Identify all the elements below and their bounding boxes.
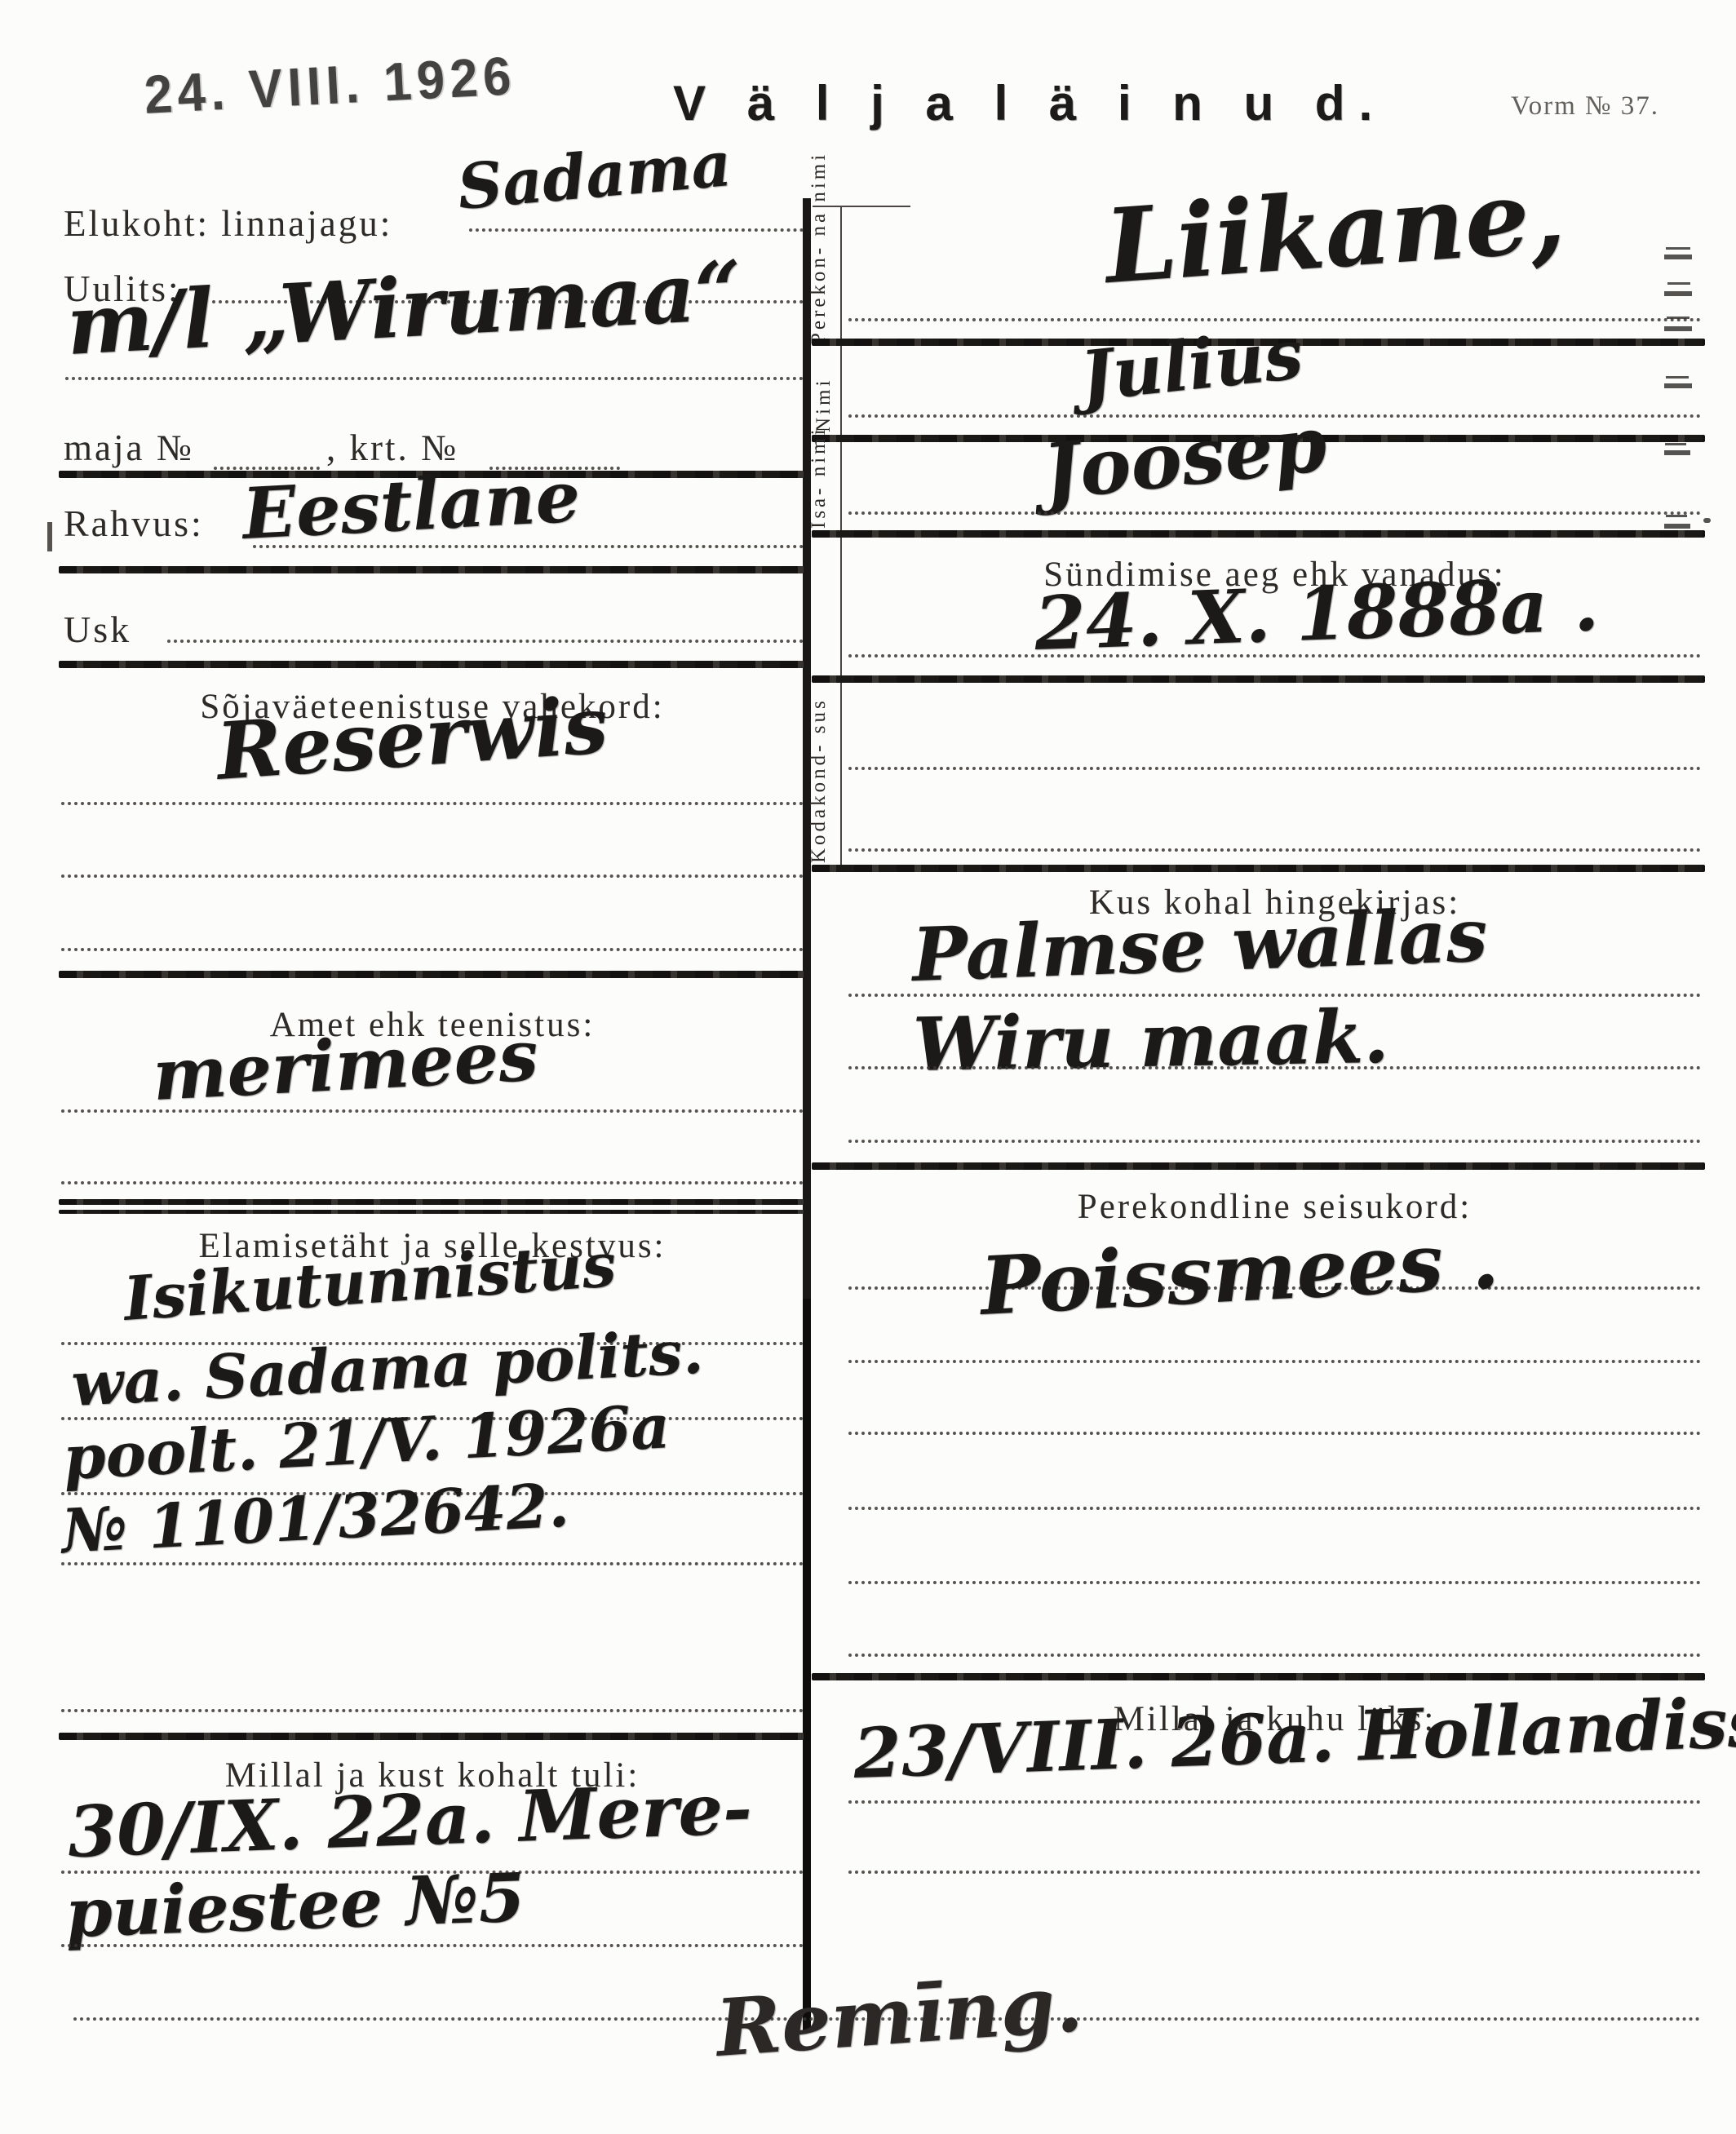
dotted-line [61, 1562, 804, 1565]
section-rule [59, 1210, 804, 1214]
surname-label-line: na nimi [808, 152, 830, 237]
departure-value: 23/VIII. 26a. Hollandisse. [852, 1679, 1736, 1794]
dotted-line [61, 802, 804, 805]
dotted-line [253, 545, 804, 548]
section-rule [59, 1733, 804, 1740]
religion-label: Usk [64, 608, 131, 651]
section-rule [812, 1673, 1705, 1680]
scan-artifact [1666, 247, 1690, 250]
scan-artifact [47, 522, 52, 551]
dotted-line [848, 1432, 1701, 1435]
scan-artifact [1667, 317, 1689, 319]
section-rule [812, 675, 1705, 683]
residence-label: Elukoht: linnajagu: [64, 202, 392, 245]
nationality-label: Rahvus: [64, 502, 204, 545]
surname-value: Liikane, [1101, 156, 1569, 307]
dotted-line [848, 767, 1701, 770]
dotted-line [469, 228, 804, 232]
dotted-line [61, 1709, 804, 1712]
dotted-line [167, 640, 804, 643]
dotted-line [848, 1800, 1701, 1804]
dotted-line [61, 948, 804, 951]
father-name-label-line: Isa- [808, 485, 830, 529]
scan-artifact [1664, 383, 1692, 388]
section-rule [812, 865, 1705, 872]
date-stamp: 24. VIII. 1926 [143, 44, 518, 126]
birth-value: 24. X. 1888a . [1033, 561, 1600, 667]
first-name-value: Julius [1077, 313, 1307, 417]
marital-status-value: Poissmees . [978, 1213, 1501, 1334]
citizenship-label-line: sus [808, 697, 830, 733]
dotted-line [848, 1066, 1701, 1069]
section-rule [59, 566, 804, 573]
surname-label-line: Perekon- [808, 245, 830, 344]
dotted-line [65, 377, 804, 380]
residence-value: Sadama [454, 127, 734, 224]
dotted-line [61, 1944, 804, 1947]
section-rule [812, 530, 1705, 538]
first-name-label-line: Nimi [813, 378, 835, 432]
father-name-label-line: nimi [808, 426, 830, 476]
dotted-line [848, 654, 1701, 657]
section-rule [59, 971, 804, 978]
citizenship-label-line: Kodakond- [808, 742, 830, 863]
section-rule [812, 1162, 1705, 1170]
dotted-line [848, 1360, 1701, 1363]
section-rule [59, 661, 804, 668]
dotted-line [848, 1581, 1701, 1584]
house-number-label: maja № [64, 427, 194, 469]
citizenship-label: Kodakond- sus [811, 685, 828, 863]
dotted-line [848, 1871, 1701, 1874]
scan-artifact [1665, 443, 1686, 445]
registration-card: 24. VIII. 1926 V ä l j a l ä i n u d. Vo… [0, 0, 1736, 2134]
nationality-value: Eestlane [241, 455, 582, 556]
scan-artifact [1664, 450, 1690, 455]
scan-artifact [1667, 282, 1690, 285]
dotted-line [848, 848, 1701, 852]
scan-artifact [1664, 326, 1692, 331]
dotted-line [61, 1109, 804, 1113]
signature: Remīng. [713, 1957, 1085, 2074]
scan-artifact [1666, 376, 1689, 379]
dotted-line [61, 1181, 804, 1184]
arrival-line: puiestee №5 [64, 1858, 526, 1953]
scan-artifact [1664, 291, 1692, 296]
surname-label: Perekon- na nimi [811, 206, 828, 344]
page-title: V ä l j a l ä i n u d. [673, 75, 1386, 131]
scan-artifact [1664, 255, 1692, 259]
street-value: m/l „Wirumaa“ [64, 242, 745, 374]
father-name-label: Isa- nimi [811, 441, 828, 529]
dotted-line [61, 874, 804, 878]
dotted-line [848, 511, 1701, 515]
scan-artifact [1666, 515, 1687, 517]
marital-status-label: Perekondline seisukord: [848, 1187, 1701, 1227]
dotted-line [848, 1140, 1701, 1143]
scan-artifact [1664, 524, 1690, 529]
dotted-line [848, 1654, 1701, 1657]
scan-artifact [1703, 518, 1711, 523]
dotted-line [848, 1507, 1701, 1510]
parish-register-line: Wiru maak. [912, 994, 1389, 1088]
first-name-label: Nimi [816, 347, 833, 432]
form-number: Vorm № 37. [1511, 91, 1659, 122]
section-rule [59, 1199, 804, 1205]
